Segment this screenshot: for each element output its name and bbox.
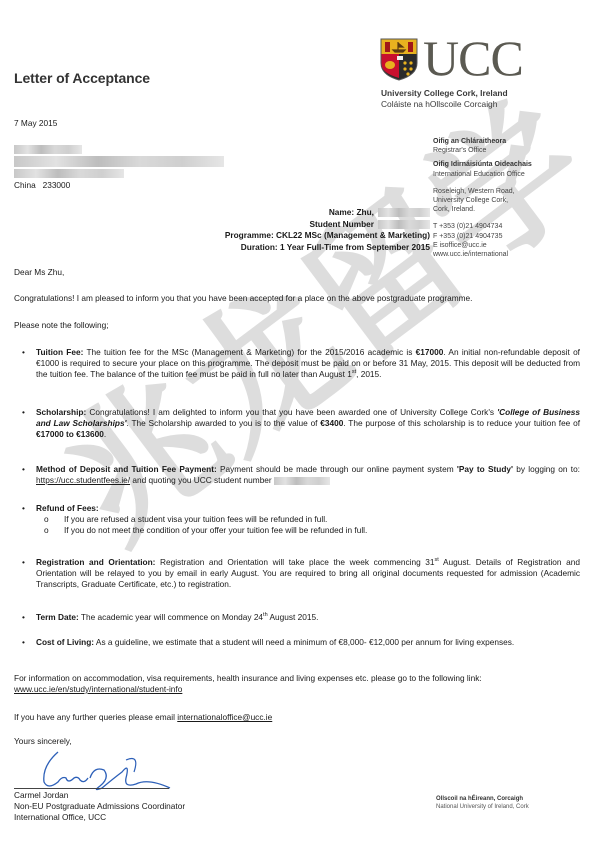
letter-title: Letter of Acceptance xyxy=(14,73,150,84)
circle-bullet-icon: o xyxy=(44,514,49,525)
payment-method-item: • Method of Deposit and Tuition Fee Paym… xyxy=(36,464,580,486)
registrar-en: Registrar's Office xyxy=(433,146,532,155)
registration-item: • Registration and Orientation: Registra… xyxy=(36,557,580,590)
office-email[interactable]: E isoffice@ucc.ie xyxy=(433,241,532,250)
bullet-icon: • xyxy=(22,347,25,358)
intl-office-ga: Oifig Idirnáisiúnta Oideachais xyxy=(433,160,532,169)
bullet-icon: • xyxy=(22,503,25,514)
bullet-icon: • xyxy=(22,464,25,475)
note-heading: Please note the following; xyxy=(14,320,580,331)
redacted-name xyxy=(378,208,430,217)
intro-paragraph: Congratulations! I am pleased to inform … xyxy=(14,293,580,304)
studentfees-link[interactable]: https://ucc.studentfees.ie/ xyxy=(36,475,130,485)
closing: Yours sincerely, xyxy=(14,736,580,747)
tuition-fee-item: • Tuition Fee: The tuition fee for the M… xyxy=(36,347,580,380)
office-address-line: University College Cork, xyxy=(433,196,532,205)
university-name-en: University College Cork, Ireland xyxy=(381,88,508,98)
redacted-student-number xyxy=(274,477,330,485)
student-number: Student Number xyxy=(180,219,430,231)
office-fax: F +353 (0)21 4904735 xyxy=(433,232,532,241)
bullet-icon: • xyxy=(22,407,25,418)
office-web[interactable]: www.ucc.ie/international xyxy=(433,250,532,259)
bullet-icon: • xyxy=(22,557,25,568)
signature-line xyxy=(14,788,169,789)
ucc-crest-icon xyxy=(379,37,419,81)
programme: Programme: CKL22 MSc (Management & Marke… xyxy=(180,230,430,242)
reference-block: Name: Zhu, Student Number Programme: CKL… xyxy=(180,207,430,253)
duration: Duration: 1 Year Full-Time from Septembe… xyxy=(180,242,430,254)
recipient-city: China 233000 xyxy=(14,180,70,191)
footer: Ollscoil na hÉireann, Corcaigh National … xyxy=(436,795,529,811)
signatory-office: International Office, UCC xyxy=(14,812,580,823)
info-paragraph: For information on accommodation, visa r… xyxy=(14,673,580,695)
cost-of-living-item: • Cost of Living: As a guideline, we est… xyxy=(36,637,580,648)
ucc-wordmark: UCC xyxy=(423,32,523,84)
intl-office-en: International Education Office xyxy=(433,170,532,179)
office-address-line: Cork, Ireland. xyxy=(433,205,532,214)
salutation: Dear Ms Zhu, xyxy=(14,267,580,278)
refund-subitem: oIf you are refused a student visa your … xyxy=(36,514,580,525)
footer-line-ga: Ollscoil na hÉireann, Corcaigh xyxy=(436,795,529,803)
office-phone: T +353 (0)21 4904734 xyxy=(433,222,532,231)
scholarship-item: • Scholarship: Congratulations! I am del… xyxy=(36,407,580,440)
bullet-icon: • xyxy=(22,612,25,623)
redacted-student-number xyxy=(378,220,430,229)
letter-date: 7 May 2015 xyxy=(14,118,57,129)
refund-subitem: oIf you do not meet the condition of you… xyxy=(36,525,580,536)
redacted-address-line xyxy=(14,156,224,167)
office-address-line: Roseleigh, Western Road, xyxy=(433,187,532,196)
student-info-link[interactable]: www.ucc.ie/en/study/international/studen… xyxy=(14,684,182,694)
footer-line-en: National University of Ireland, Cork xyxy=(436,803,529,811)
queries-paragraph: If you have any further queries please e… xyxy=(14,712,580,723)
office-contact-block: Oifig an Chláraitheora Registrar's Offic… xyxy=(433,137,532,259)
redacted-address-line xyxy=(14,145,82,154)
circle-bullet-icon: o xyxy=(44,525,49,536)
university-name-ga: Coláiste na hOllscoile Corcaigh xyxy=(381,99,497,109)
refund-item: • Refund of Fees: oIf you are refused a … xyxy=(36,503,580,536)
bullet-icon: • xyxy=(22,637,25,648)
student-name: Name: Zhu, xyxy=(180,207,430,219)
term-date-item: • Term Date: The academic year will comm… xyxy=(36,612,580,623)
redacted-address-line xyxy=(14,169,124,178)
registrar-ga: Oifig an Chláraitheora xyxy=(433,137,532,146)
international-office-email-link[interactable]: internationaloffice@ucc.ie xyxy=(177,712,272,722)
